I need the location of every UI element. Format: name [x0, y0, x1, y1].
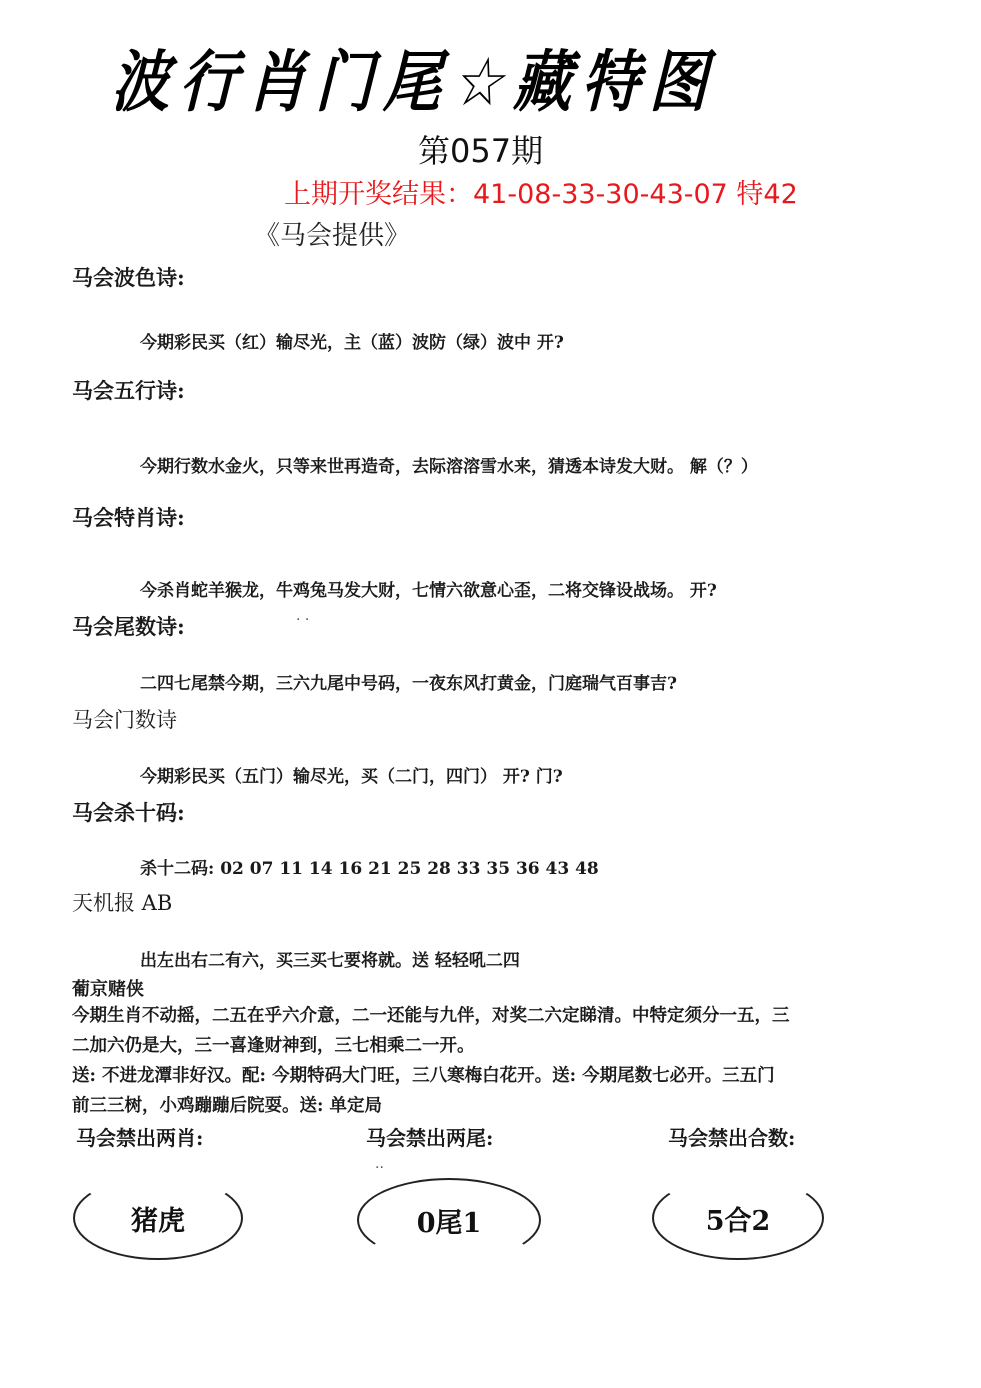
poem-special-zodiac: 今杀肖蛇羊猴龙，牛鸡兔马发大财，七情六欲意心歪，二将交锋设战场。 开? — [140, 576, 717, 601]
ban-zodiac-value: 猪虎 — [131, 1199, 185, 1238]
section-heading-special-zodiac: 马会特肖诗: — [72, 502, 185, 532]
poem-wave-color: 今期彩民买（红）输尽光，主（蓝）波防（绿）波中 开? — [140, 328, 564, 353]
section-heading-tianji: 天机报 AB — [72, 887, 172, 917]
page-title: 波行肖门尾☆藏特图 — [104, 28, 830, 132]
ban-tail-value: 0尾1 — [417, 1201, 482, 1240]
pujing-text: 今期生肖不动摇，二五在乎六介意，二一还能与九伴，对奖二六定睇清。中特定须分一五，… — [72, 1001, 892, 1121]
section-heading-five-elements: 马会五行诗: — [72, 375, 185, 405]
last-draw-result: 上期开奖结果：41-08-33-30-43-07 特42 — [284, 172, 798, 211]
decorative-dots: ·· — [375, 1160, 384, 1176]
source-label: 《马会提供》 — [254, 215, 410, 252]
poem-five-elements: 今期行数水金火，只等来世再造奇，去际溶溶雪水来，猜透本诗发大财。 解（？） — [140, 452, 758, 477]
section-heading-tail-number: 马会尾数诗: — [72, 611, 185, 641]
kill-twelve-numbers: 杀十二码: 02 07 11 14 16 21 25 28 33 35 36 4… — [140, 854, 599, 879]
ban-tail-oval: 0尾1 — [357, 1178, 541, 1262]
poem-tail-number: 二四七尾禁今期，三六九尾中号码，一夜东风打黄金，门庭瑞气百事吉? — [140, 669, 677, 694]
section-heading-pujing: 葡京赌侠 — [72, 975, 144, 1001]
issue-number: 第057期 — [418, 126, 543, 172]
ban-sum-value: 5合2 — [706, 1199, 771, 1238]
pujing-line: 送: 不进龙潭非好汉。配: 今期特码大门旺，三八寒梅白花开。送: 今期尾数七必开… — [72, 1061, 892, 1091]
pujing-line: 二加六仍是大，三一喜逢财神到，三七相乘二一开。 — [72, 1031, 892, 1061]
section-heading-wave-color: 马会波色诗: — [72, 262, 185, 292]
ban-sum-oval: 5合2 — [652, 1176, 824, 1260]
ban-tail-label: 马会禁出两尾: — [366, 1122, 493, 1151]
ban-zodiac-label: 马会禁出两肖: — [76, 1122, 203, 1151]
poem-tianji: 出左出右二有六，买三买七要将就。送 轻轻吼二四 — [140, 946, 520, 971]
ban-zodiac-oval: 猪虎 — [73, 1176, 243, 1260]
ban-sum-label: 马会禁出合数: — [668, 1122, 795, 1151]
pujing-line: 前三三树，小鸡蹦蹦后院耍。送: 单定局 — [72, 1091, 892, 1121]
pujing-line: 今期生肖不动摇，二五在乎六介意，二一还能与九伴，对奖二六定睇清。中特定须分一五，… — [72, 1001, 892, 1031]
decorative-dots: · · — [296, 612, 309, 628]
poem-gate-number: 今期彩民买（五门）输尽光，买（二门，四门） 开? 门? — [140, 762, 563, 787]
section-heading-kill-ten: 马会杀十码: — [72, 797, 185, 827]
section-heading-gate-number: 马会门数诗 — [72, 704, 177, 734]
